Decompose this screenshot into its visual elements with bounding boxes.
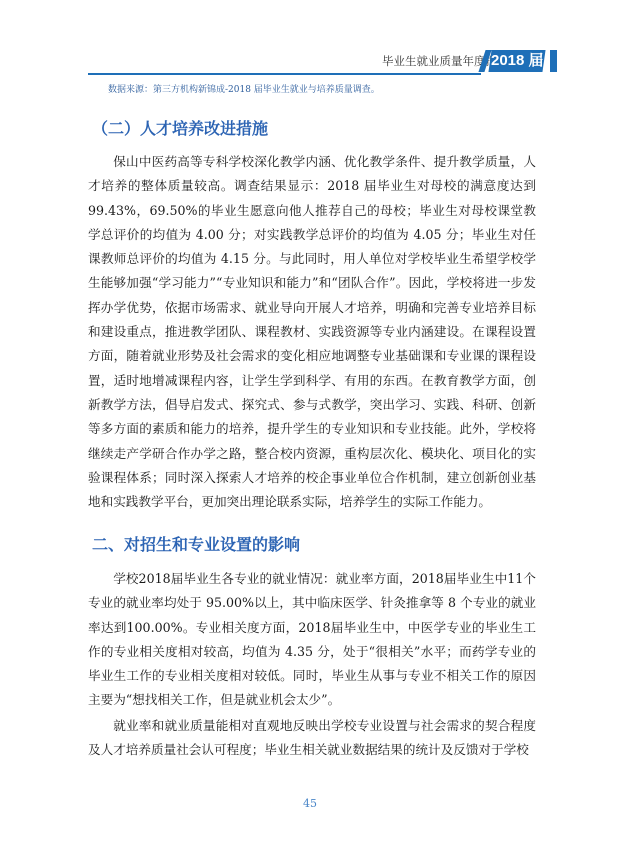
header-bar-decoration <box>550 50 557 72</box>
subsection-heading: （二）人才培养改进措施 <box>92 116 268 139</box>
page-number: 45 <box>0 797 620 810</box>
data-source-note: 数据来源：第三方机构新锦成-2018 届毕业生就业与培养质量调查。 <box>108 82 380 95</box>
body-paragraph: 就业率和就业质量能相对直观地反映出学校专业设置与社会需求的契合程度及人才培养质量… <box>88 714 536 763</box>
year-badge-label: 2018 届 <box>491 50 544 72</box>
header-rule <box>88 73 481 75</box>
year-badge: 2018 届 <box>488 50 545 72</box>
section-heading: 二、对招生和专业设置的影响 <box>92 532 300 555</box>
body-paragraph: 保山中医药高等专科学校深化教学内涵、优化教学条件、提升教学质量，人才培养的整体质… <box>88 150 536 514</box>
body-paragraph: 学校2018届毕业生各专业的就业情况：就业率方面，2018届毕业生中11个专业的… <box>88 567 536 713</box>
page-header: 毕业生就业质量年度报告 2018 届 <box>0 0 620 80</box>
